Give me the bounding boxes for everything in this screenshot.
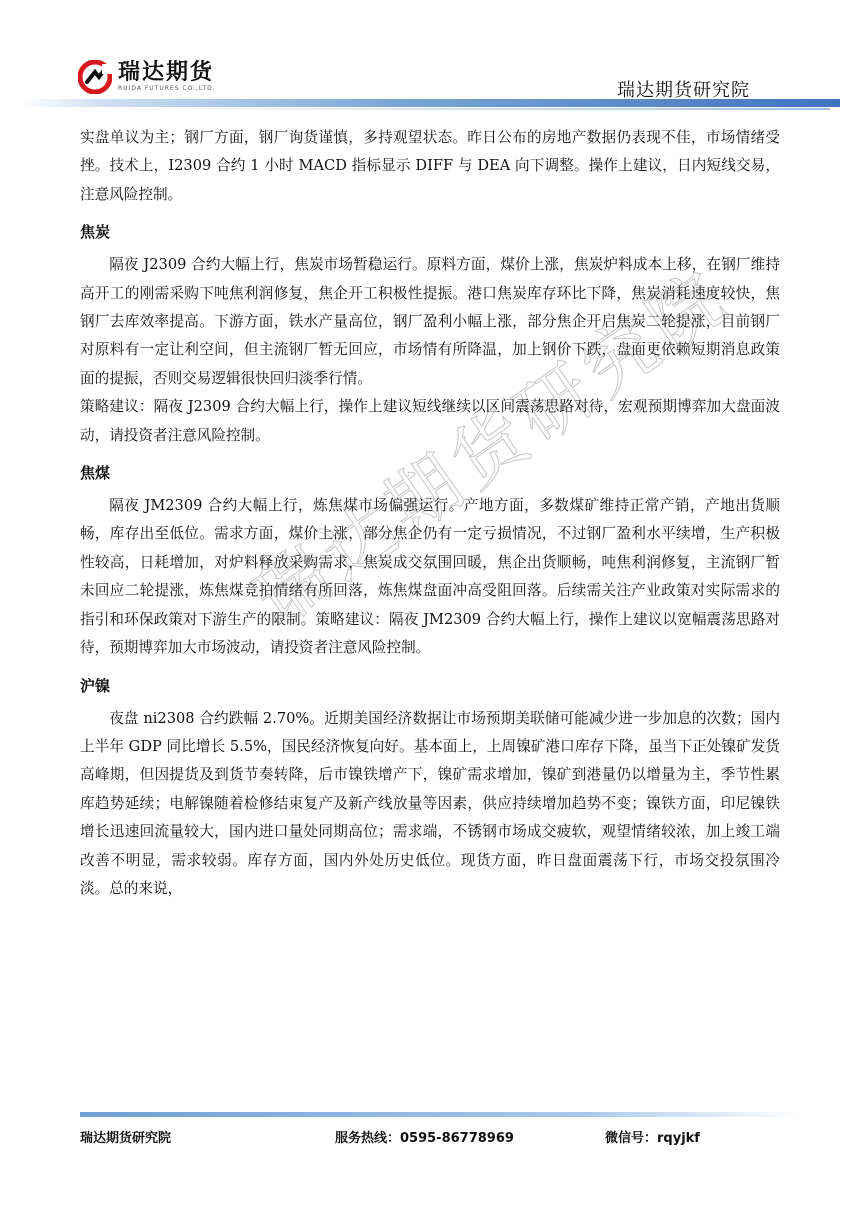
- header-divider-thin: [130, 108, 830, 110]
- paragraph: 隔夜 J2309 合约大幅上行，焦炭市场暂稳运行。原料方面，煤价上涨，焦炭炉料成…: [80, 251, 780, 393]
- strategy-paragraph: 策略建议：隔夜 J2309 合约大幅上行，操作上建议短线继续以区间震荡思路对待，…: [80, 393, 780, 450]
- section-nickel: 沪镍 夜盘 ni2308 合约跌幅 2.70%。近期美国经济数据让市场预期美联储…: [80, 673, 780, 904]
- paragraph: 夜盘 ni2308 合约跌幅 2.70%。近期美国经济数据让市场预期美联储可能减…: [80, 705, 780, 904]
- logo-mark-icon: [78, 60, 112, 94]
- section-coking-coal: 焦煤 隔夜 JM2309 合约大幅上行，炼焦煤市场偏强运行。产地方面，多数煤矿维…: [80, 460, 780, 662]
- footer-org: 瑞达期货研究院: [80, 1127, 171, 1146]
- section-title: 沪镍: [80, 673, 780, 699]
- intro-paragraph: 实盘单议为主；钢厂方面，钢厂询货谨慎，多持观望状态。昨日公布的房地产数据仍表现不…: [80, 124, 780, 209]
- section-coke: 焦炭 隔夜 J2309 合约大幅上行，焦炭市场暂稳运行。原料方面，煤价上涨，焦炭…: [80, 219, 780, 450]
- logo-name-cn: 瑞达期货: [118, 61, 216, 85]
- logo-name-en: RUIDA FUTURES CO.,LTD.: [118, 85, 216, 93]
- section-title: 焦炭: [80, 219, 780, 245]
- page-header: 瑞达期货 RUIDA FUTURES CO.,LTD. 瑞达期货研究院: [0, 0, 860, 115]
- document-body: 实盘单议为主；钢厂方面，钢厂询货谨慎，多持观望状态。昨日公布的房地产数据仍表现不…: [80, 124, 780, 903]
- footer-wechat: 微信号：rqyjkf: [605, 1127, 700, 1146]
- header-divider: [20, 99, 840, 107]
- company-logo: 瑞达期货 RUIDA FUTURES CO.,LTD.: [78, 60, 216, 94]
- footer-hotline: 服务热线：0595-86778969: [335, 1127, 514, 1146]
- paragraph: 隔夜 JM2309 合约大幅上行，炼焦煤市场偏强运行。产地方面，多数煤矿维持正常…: [80, 492, 780, 662]
- footer-divider: [80, 1112, 800, 1117]
- section-title: 焦煤: [80, 460, 780, 486]
